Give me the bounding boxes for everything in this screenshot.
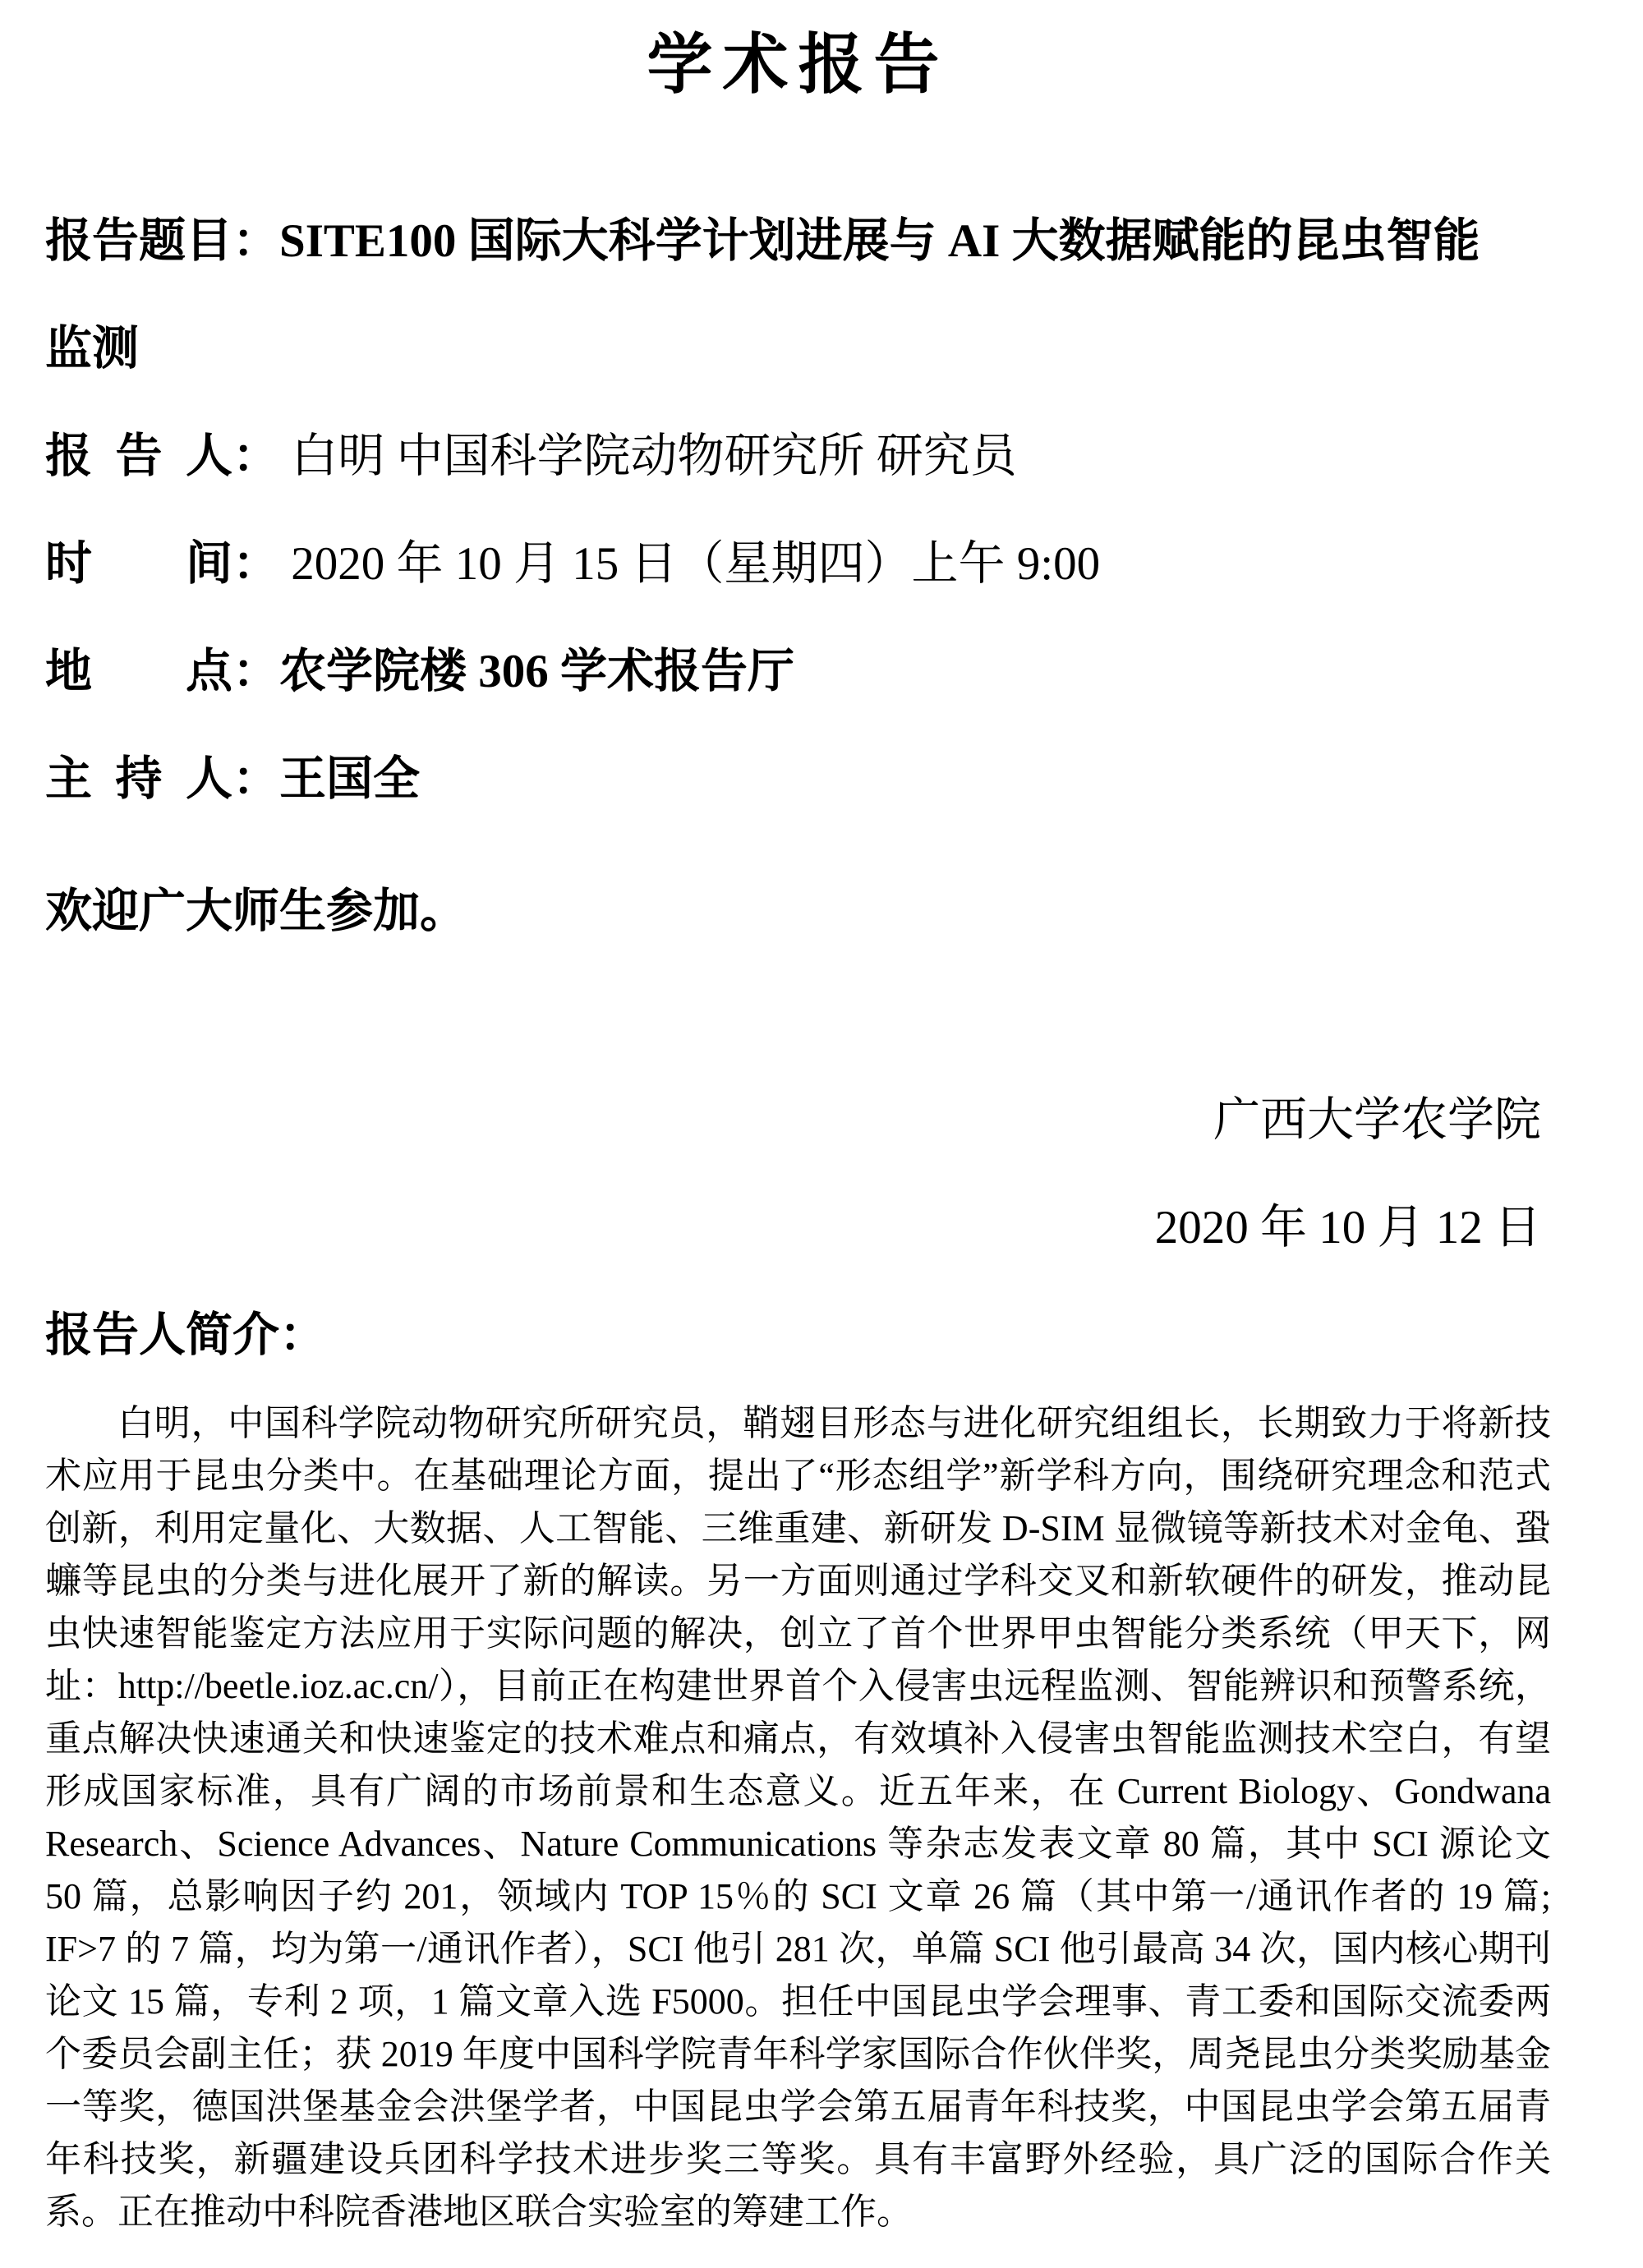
signature-org: 广西大学农学院 — [45, 1066, 1541, 1174]
host-value: 王国全 — [279, 753, 420, 805]
host-colon: ： — [232, 753, 279, 805]
seminar-title-row: 报告题目：SITE100 国际大科学计划进展与 AI 大数据赋能的昆虫智能 监测 — [45, 187, 1551, 403]
venue-label: 地点 — [45, 618, 232, 725]
speaker-colon: ： — [232, 430, 279, 482]
bio-heading: 报告人简介： — [45, 1281, 1551, 1389]
venue-value: 农学院楼 306 学术报告厅 — [279, 646, 794, 697]
welcome-note: 欢迎广大师生参加。 — [45, 858, 1551, 965]
venue-colon: ： — [232, 646, 279, 697]
time-row: 时间： 2020 年 10 月 15 日（星期四）上午 9:00 — [45, 510, 1551, 618]
time-value: 2020 年 10 月 15 日（星期四）上午 9:00 — [279, 538, 1100, 590]
speaker-value: 白明 中国科学院动物研究所 研究员 — [279, 430, 1017, 482]
host-label: 主持人 — [45, 725, 232, 833]
seminar-info: 报告题目：SITE100 国际大科学计划进展与 AI 大数据赋能的昆虫智能 监测… — [45, 187, 1551, 833]
time-colon: ： — [232, 538, 279, 590]
seminar-title-label: 报告题目 — [45, 187, 232, 295]
signature-block: 广西大学农学院 2020 年 10 月 12 日 — [45, 1066, 1551, 1281]
venue-row: 地点：农学院楼 306 学术报告厅 — [45, 618, 1551, 725]
speaker-label: 报告人 — [45, 403, 232, 510]
host-row: 主持人：王国全 — [45, 725, 1551, 833]
seminar-title-colon: ： — [232, 215, 279, 267]
document-page: 学术报告 报告题目：SITE100 国际大科学计划进展与 AI 大数据赋能的昆虫… — [0, 0, 1643, 2268]
signature-date: 2020 年 10 月 12 日 — [45, 1174, 1541, 1281]
bio-paragraph: 白明，中国科学院动物研究所研究员，鞘翅目形态与进化研究组组长，长期致力于将新技术… — [45, 1397, 1551, 2238]
time-label: 时间 — [45, 510, 232, 618]
speaker-row: 报告人： 白明 中国科学院动物研究所 研究员 — [45, 403, 1551, 510]
page-title: 学术报告 — [45, 26, 1551, 105]
